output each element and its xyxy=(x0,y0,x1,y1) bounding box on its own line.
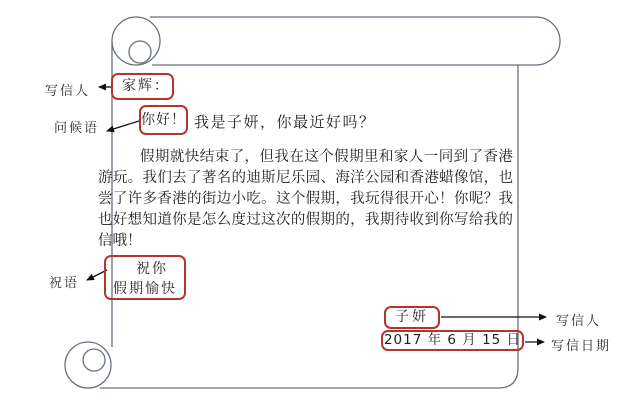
wish-line-2: 假期愉快 xyxy=(106,279,184,299)
wish-line-1: 祝你 xyxy=(106,259,184,279)
date-text: 2017 年 6 月 15 日 xyxy=(384,332,521,348)
body-line: 信哦！ xyxy=(98,231,513,252)
body-line: 尝了许多香港的街边小吃。这个假期，我玩得很开心！你呢？我 xyxy=(98,189,513,210)
body-line: 游玩。我们去了著名的迪斯尼乐园、海洋公园和香港蜡像馆，也 xyxy=(98,168,513,189)
wish-highlight-box: 祝你 假期愉快 xyxy=(104,255,186,300)
greeting-highlight-box: 你好！ xyxy=(139,105,188,135)
signature-annotation-label: 写信人 xyxy=(556,310,601,329)
scroll-top-curl-inner xyxy=(129,41,151,63)
salutation-highlight-box: 家辉： xyxy=(111,73,174,100)
body-line: 假期就快结束了，但我在这个假期里和家人一同到了香港 xyxy=(98,147,513,168)
scroll-top-band xyxy=(150,17,560,65)
scroll-top-curl-outer xyxy=(112,17,160,65)
body-line: 也好想知道你是怎么度过这次的假期的，我期待收到你写给我的 xyxy=(98,210,513,231)
date-highlight-box: 2017 年 6 月 15 日 xyxy=(381,330,524,351)
salutation-text: 家辉： xyxy=(122,78,170,94)
salutation-annotation-label: 写信人 xyxy=(45,80,90,99)
signature-highlight-box: 子妍 xyxy=(384,306,440,329)
letter-format-worksheet: 写信人 问候语 祝语 写信人 写信日期 家辉： 你好！ 我是子妍，你最近好吗？ … xyxy=(0,0,640,414)
letter-body: 假期就快结束了，但我在这个假期里和家人一同到了香港 游玩。我们去了著名的迪斯尼乐… xyxy=(98,147,513,252)
wish-annotation-label: 祝语 xyxy=(49,272,79,291)
scroll-bottom-curl-inner xyxy=(83,349,105,371)
greeting-text: 你好！ xyxy=(141,112,186,128)
signature-text: 子妍 xyxy=(395,309,429,325)
greeting-annotation-label: 问候语 xyxy=(54,117,99,136)
date-annotation-label: 写信日期 xyxy=(551,335,611,354)
greeting-rest-text: 我是子妍，你最近好吗？ xyxy=(194,111,376,132)
